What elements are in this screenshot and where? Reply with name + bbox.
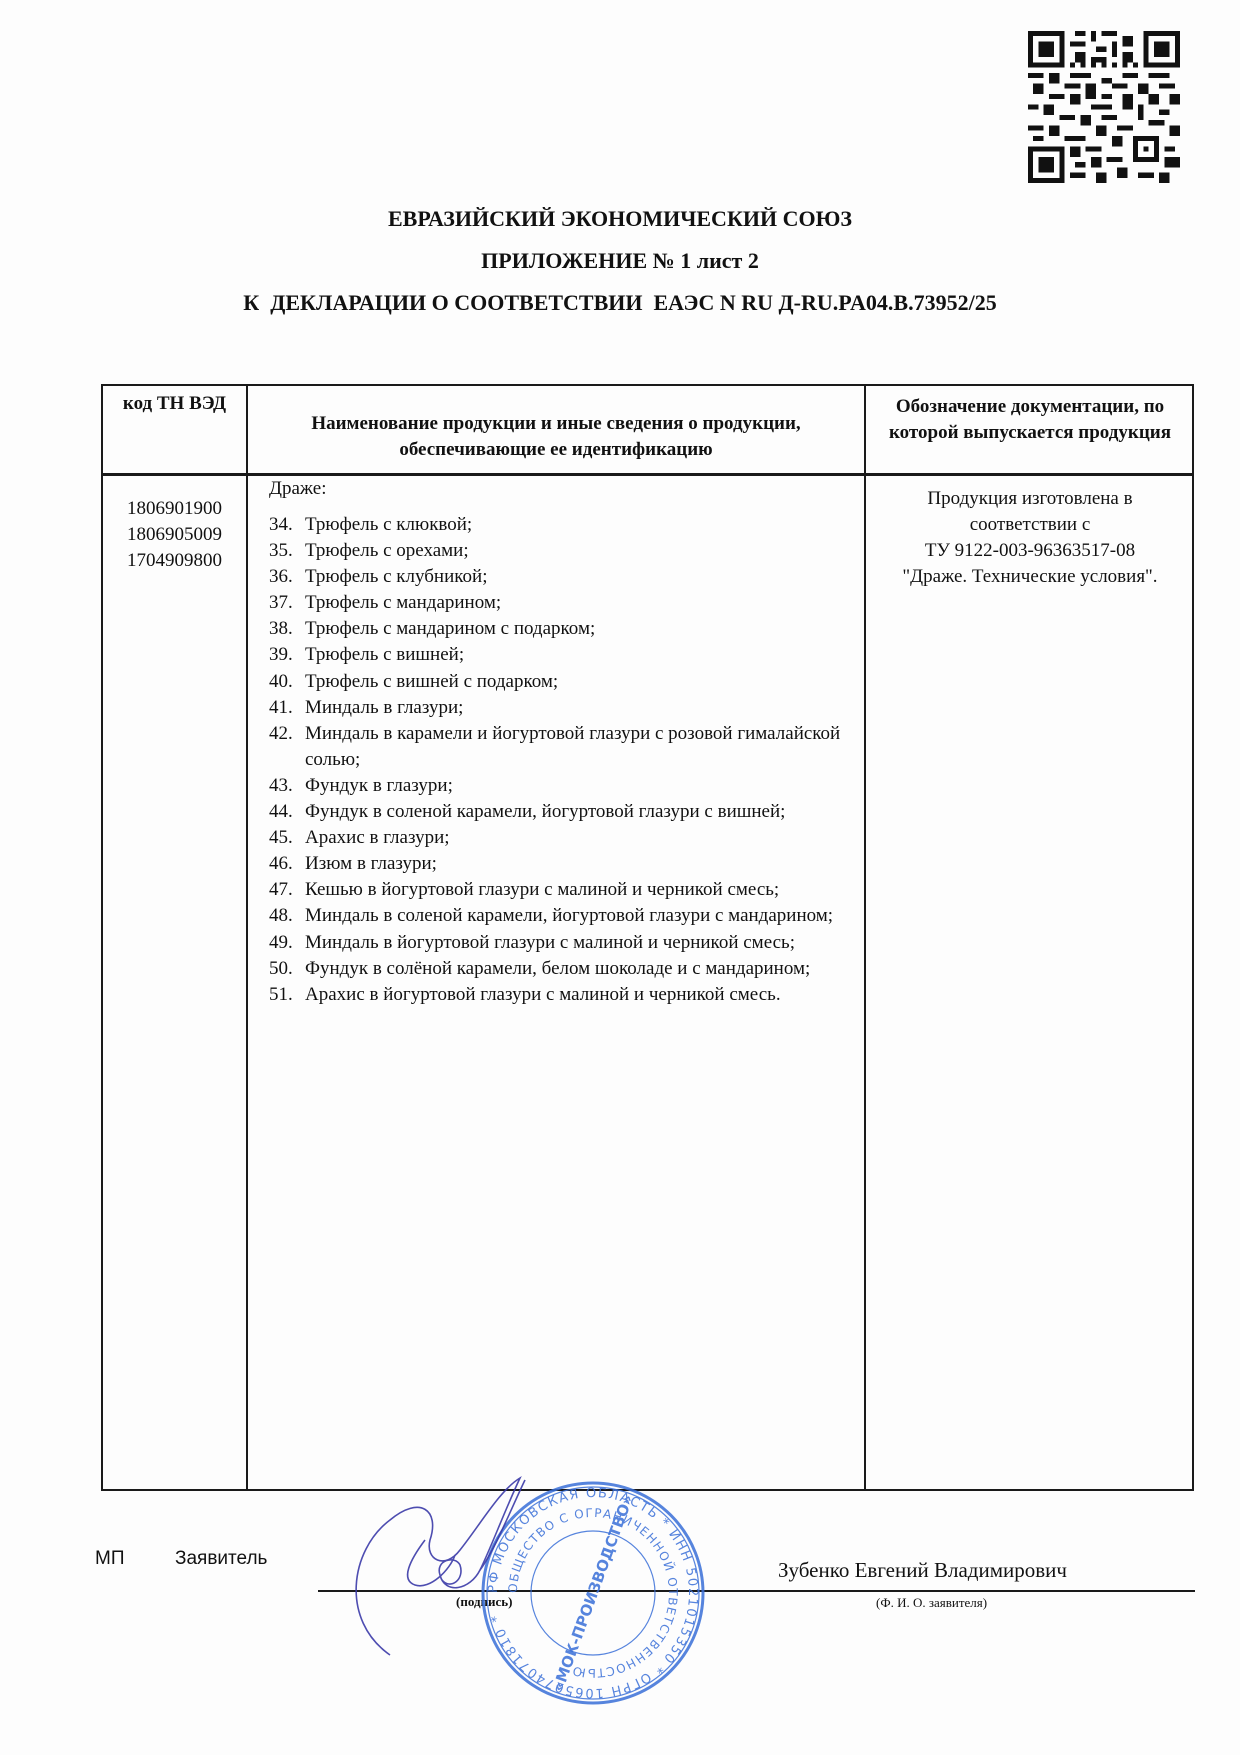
- item-number: 36.: [269, 564, 305, 590]
- product-list-item: 47.Кешью в йогуртовой глазури с малиной …: [269, 877, 849, 903]
- item-name: Миндаль в соленой карамели, йогуртовой г…: [305, 903, 849, 929]
- product-list-item: 35.Трюфель с орехами;: [269, 538, 849, 564]
- item-number: 37.: [269, 590, 305, 616]
- item-name: Арахис в йогуртовой глазури с малиной и …: [305, 982, 849, 1008]
- item-name: Трюфель с клубникой;: [305, 564, 849, 590]
- item-number: 35.: [269, 538, 305, 564]
- item-name: Трюфель с вишней;: [305, 642, 849, 668]
- product-list-item: 41.Миндаль в глазури;: [269, 695, 849, 721]
- hs-codes: 1806901900 1806905009 1704909800: [103, 496, 246, 574]
- item-number: 40.: [269, 669, 305, 695]
- item-number: 49.: [269, 930, 305, 956]
- products-table: код ТН ВЭД Наименование продукции и иные…: [101, 384, 1194, 1491]
- documentation-text: Продукция изготовлена в соответствии с Т…: [866, 486, 1194, 590]
- product-list-item: 39.Трюфель с вишней;: [269, 642, 849, 668]
- item-name: Трюфель с клюквой;: [305, 512, 849, 538]
- title-declaration: К ДЕКЛАРАЦИИ О СООТВЕТСТВИИ ЕАЭС N RU Д-…: [0, 290, 1240, 316]
- item-number: 39.: [269, 642, 305, 668]
- documentation-line: соответствии с: [866, 512, 1194, 538]
- item-name: Миндаль в йогуртовой глазури с малиной и…: [305, 930, 849, 956]
- item-name: Трюфель с мандарином с подарком;: [305, 616, 849, 642]
- title-appendix: ПРИЛОЖЕНИЕ № 1 лист 2: [0, 248, 1240, 274]
- product-list-item: 34.Трюфель с клюквой;: [269, 512, 849, 538]
- document-page: ЕВРАЗИЙСКИЙ ЭКОНОМИЧЕСКИЙ СОЮЗ ПРИЛОЖЕНИ…: [0, 0, 1240, 1755]
- item-number: 45.: [269, 825, 305, 851]
- header-divider: [103, 473, 1192, 476]
- item-number: 43.: [269, 773, 305, 799]
- applicant-name: Зубенко Евгений Владимирович: [778, 1558, 1067, 1583]
- documentation-line: ТУ 9122-003-96363517-08: [866, 538, 1194, 564]
- product-list-item: 46.Изюм в глазури;: [269, 851, 849, 877]
- seal-place-label: МП: [95, 1548, 124, 1570]
- documentation-line: Продукция изготовлена в: [866, 486, 1194, 512]
- product-list-item: 50.Фундук в солёной карамели, белом шоко…: [269, 956, 849, 982]
- item-number: 38.: [269, 616, 305, 642]
- item-name: Миндаль в карамели и йогуртовой глазури …: [305, 721, 849, 773]
- item-number: 50.: [269, 956, 305, 982]
- product-list-item: 45.Арахис в глазури;: [269, 825, 849, 851]
- item-number: 46.: [269, 851, 305, 877]
- item-name: Изюм в глазури;: [305, 851, 849, 877]
- hs-code: 1806901900: [103, 496, 246, 522]
- item-number: 51.: [269, 982, 305, 1008]
- item-number: 48.: [269, 903, 305, 929]
- product-list-item: 51.Арахис в йогуртовой глазури с малиной…: [269, 982, 849, 1008]
- product-list-item: 36.Трюфель с клубникой;: [269, 564, 849, 590]
- item-name: Арахис в глазури;: [305, 825, 849, 851]
- item-name: Фундук в глазури;: [305, 773, 849, 799]
- product-list-item: 42.Миндаль в карамели и йогуртовой глазу…: [269, 721, 849, 773]
- column-header-product: Наименование продукции и иные сведения о…: [248, 411, 864, 463]
- product-list-item: 40.Трюфель с вишней с подарком;: [269, 669, 849, 695]
- product-list-item: 38.Трюфель с мандарином с подарком;: [269, 616, 849, 642]
- hs-code: 1806905009: [103, 522, 246, 548]
- signature-icon: [330, 1470, 570, 1660]
- item-number: 47.: [269, 877, 305, 903]
- item-name: Фундук в солёной карамели, белом шоколад…: [305, 956, 849, 982]
- product-list-item: 43.Фундук в глазури;: [269, 773, 849, 799]
- product-list-item: 44.Фундук в соленой карамели, йогуртовой…: [269, 799, 849, 825]
- product-list-item: 48.Миндаль в соленой карамели, йогуртово…: [269, 903, 849, 929]
- product-category: Драже:: [269, 476, 326, 502]
- column-divider: [246, 386, 248, 1489]
- item-number: 41.: [269, 695, 305, 721]
- item-name: Трюфель с орехами;: [305, 538, 849, 564]
- hs-code: 1704909800: [103, 548, 246, 574]
- product-list: 34.Трюфель с клюквой;35.Трюфель с орехам…: [269, 512, 849, 1008]
- item-name: Трюфель с вишней с подарком;: [305, 669, 849, 695]
- documentation-line: "Драже. Технические условия".: [866, 564, 1194, 590]
- item-name: Кешью в йогуртовой глазури с малиной и ч…: [305, 877, 849, 903]
- column-header-code: код ТН ВЭД: [103, 391, 246, 417]
- product-list-item: 49.Миндаль в йогуртовой глазури с малино…: [269, 930, 849, 956]
- item-name: Миндаль в глазури;: [305, 695, 849, 721]
- product-list-item: 37.Трюфель с мандарином;: [269, 590, 849, 616]
- item-number: 44.: [269, 799, 305, 825]
- item-number: 42.: [269, 721, 305, 773]
- column-header-documentation: Обозначение документации, по которой вып…: [866, 394, 1194, 446]
- item-name: Фундук в соленой карамели, йогуртовой гл…: [305, 799, 849, 825]
- applicant-label: Заявитель: [175, 1548, 267, 1570]
- title-union: ЕВРАЗИЙСКИЙ ЭКОНОМИЧЕСКИЙ СОЮЗ: [0, 206, 1240, 232]
- item-number: 34.: [269, 512, 305, 538]
- name-caption: (Ф. И. О. заявителя): [876, 1595, 987, 1611]
- qr-code-icon: [1028, 31, 1180, 183]
- item-name: Трюфель с мандарином;: [305, 590, 849, 616]
